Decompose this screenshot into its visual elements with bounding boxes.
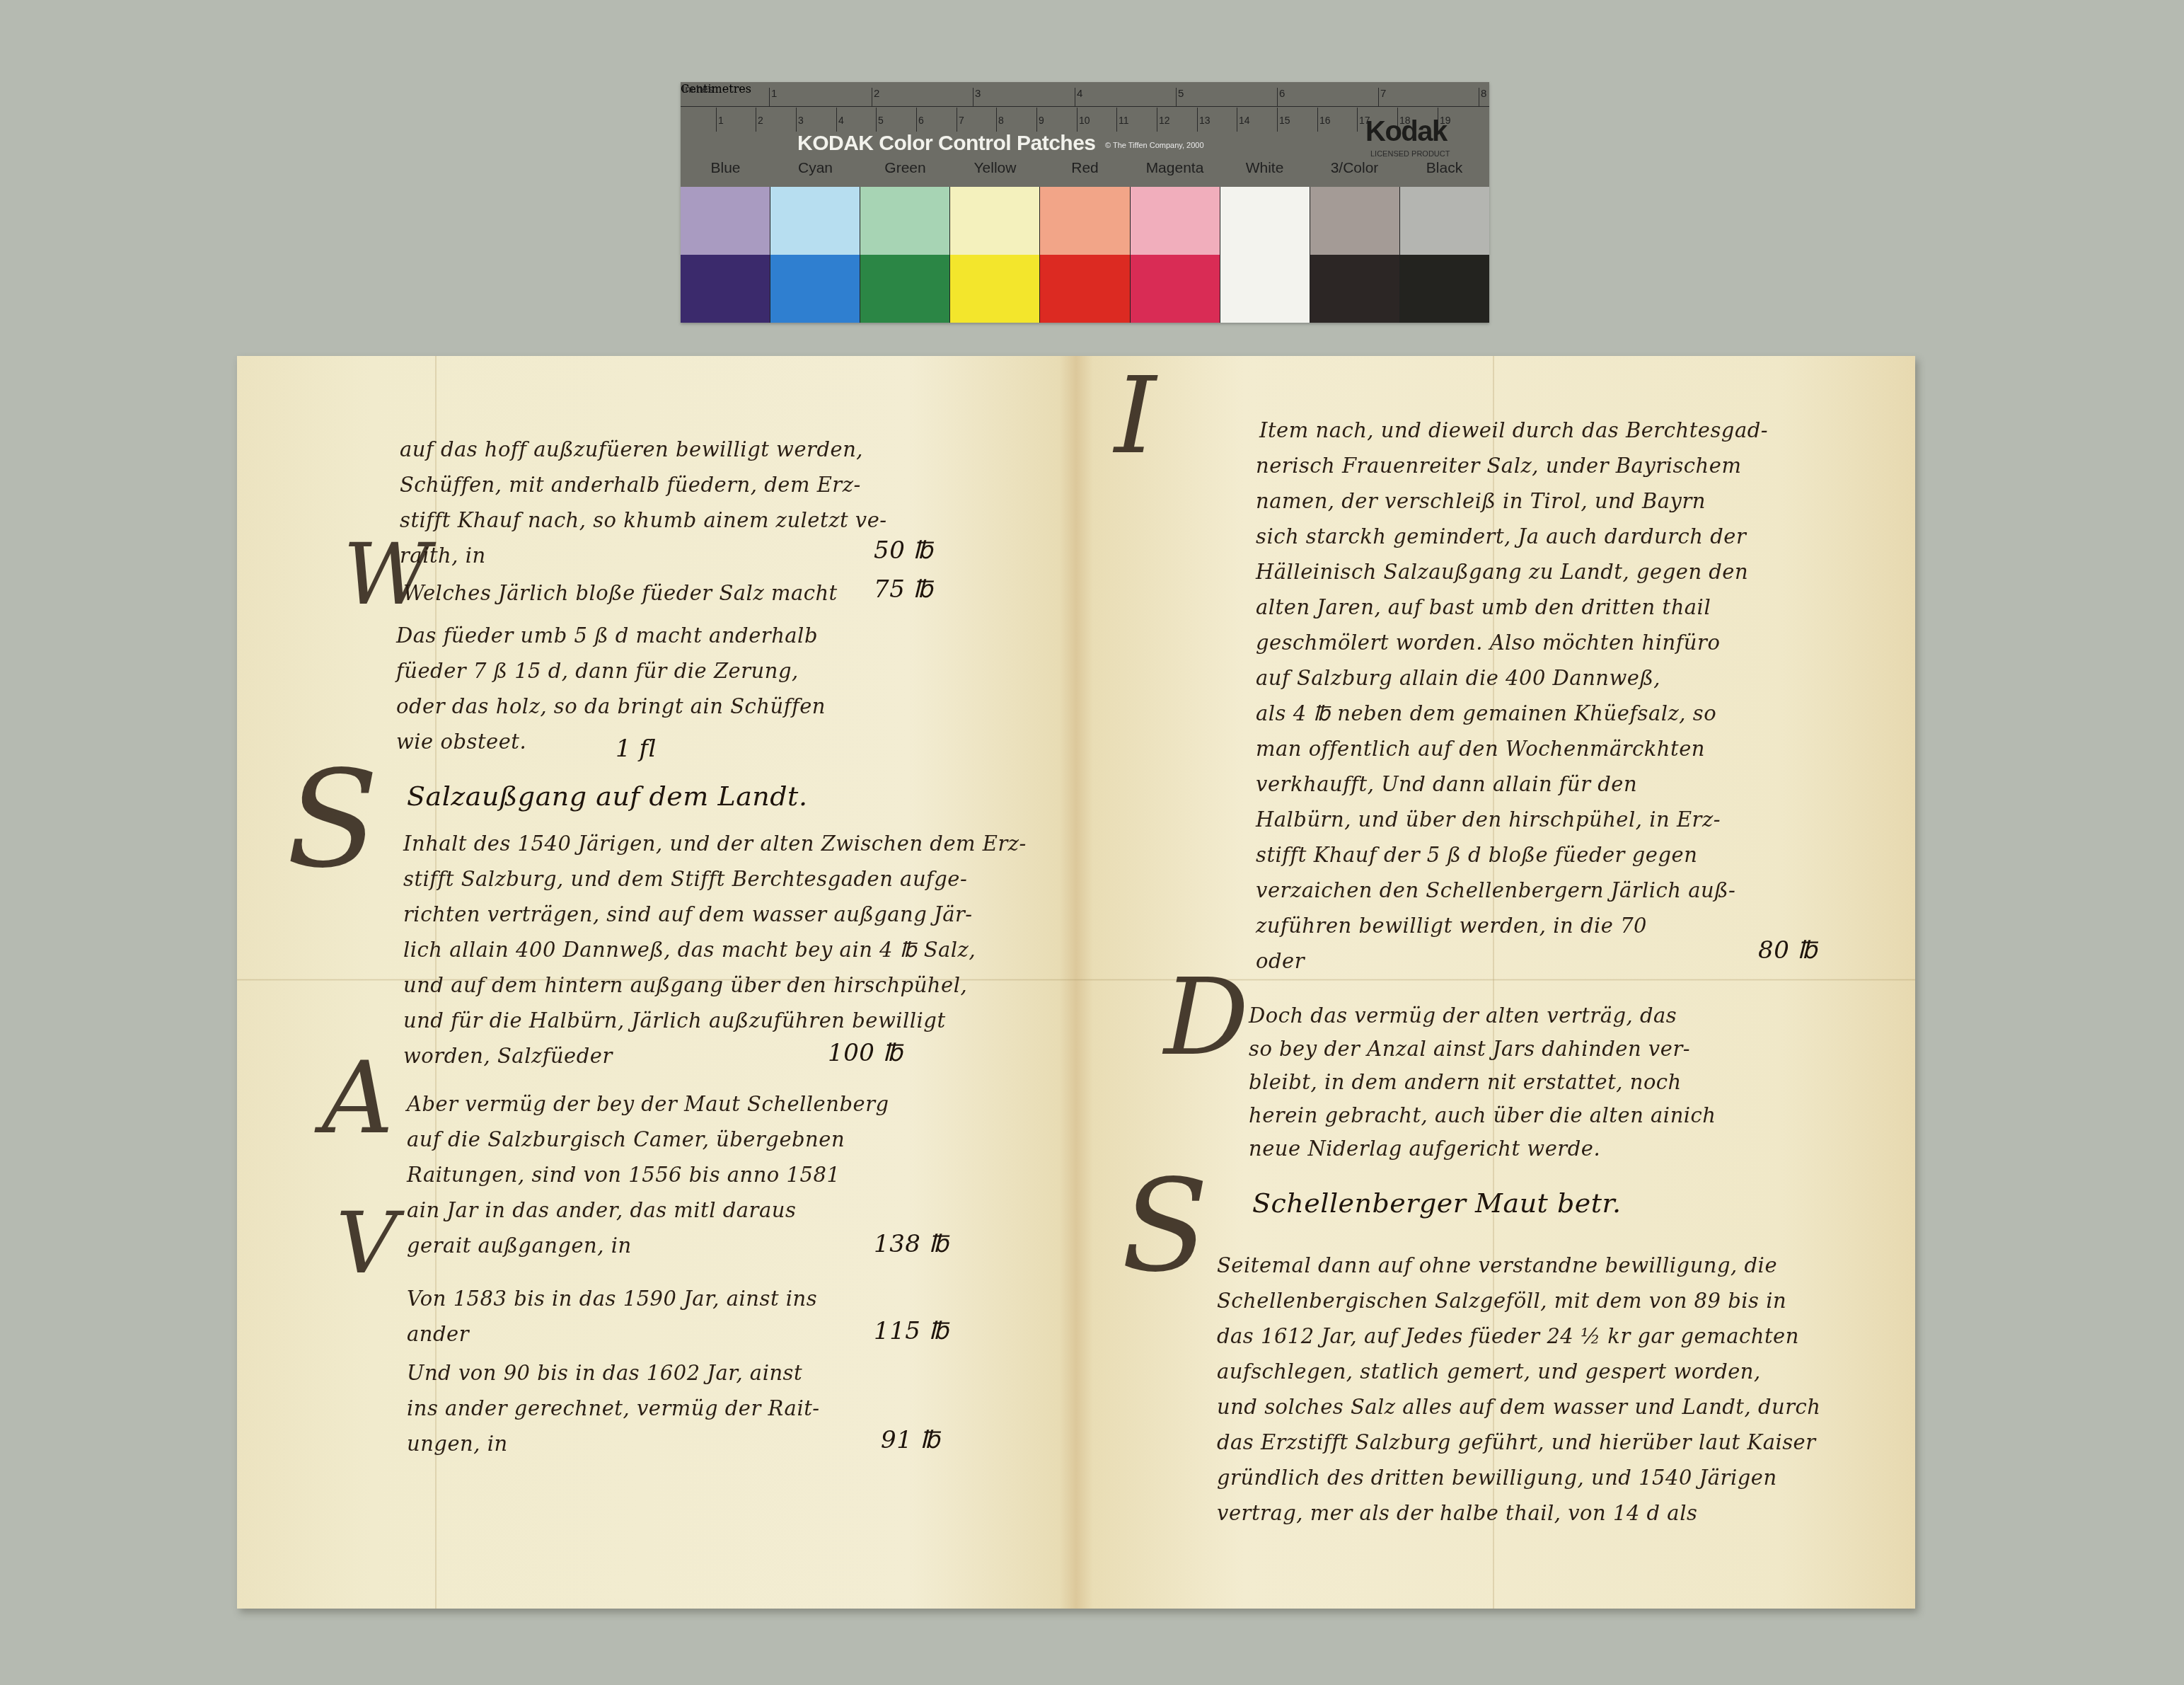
text-line: so bey der Anzal ainst Jars dahinden ver… [1249,1037,1690,1061]
right-page: I Item nach, und dieweil durch das Berch… [1079,356,1915,1609]
patch-green [860,187,950,323]
cm-tick: 5 [876,108,884,132]
text-line: oder [1256,949,1305,973]
text-line: neue Niderlag aufgericht werde. [1249,1137,1600,1161]
patch-label: Black [1399,160,1489,188]
text-line: herein gebracht, auch über die alten ain… [1249,1103,1716,1127]
decorated-initial-i: I [1114,363,1156,469]
left-page: auf das hoff außzufüeren bewilligt werde… [237,356,1079,1609]
patch-label: Cyan [770,160,860,188]
text-line: auf Salzburg allain die 400 Dannweß, [1256,666,1660,690]
kodak-color-control-card: Inches 1 2 3 4 5 6 7 8 1 2 3 4 5 6 7 8 9… [681,82,1489,323]
decorated-initial-s: S [287,752,379,887]
patch-label: Green [860,160,950,188]
copyright-notice: © The Tiffen Company, 2000 [1105,142,1204,150]
licensed-product-label: LICENSED PRODUCT [1370,150,1450,159]
cm-tick: 1 [716,108,724,132]
cm-tick: 8 [996,108,1004,132]
text-line: gerait außgangen, in [407,1233,632,1258]
text-line: Aber vermüg der bey der Maut Schellenber… [407,1092,889,1116]
inch-tick: 7 [1378,88,1386,106]
text-line: nerisch Frauenreiter Salz, under Bayrisc… [1256,454,1741,478]
decorated-initial-a: A [322,1049,393,1149]
text-line: und für die Halbürn, Järlich außzuführen… [403,1008,946,1033]
text-line: ain Jar in das ander, das mitl daraus [407,1198,796,1222]
patch-label: Yellow [950,160,1040,188]
text-line: als 4 ℔ neben dem gemainen Khüefsalz, so [1256,701,1716,725]
target-title: KODAK Color Control Patches [797,132,1096,156]
text-line: vertrag, mer als der halbe thail, von 14… [1217,1501,1697,1525]
text-line: das 1612 Jar, auf Jedes füeder 24 ½ kr g… [1217,1324,1799,1348]
inch-tick: 3 [973,88,981,106]
text-line: füeder 7 ß 15 d, dann für die Zerung, [396,659,799,683]
patch-3color [1310,187,1400,323]
patch-black [1400,187,1489,323]
text-line: auf das hoff außzufüeren bewilligt werde… [400,437,863,461]
decorated-initial-d: D [1164,965,1249,1071]
amount: 80 ℔ [1758,936,1818,965]
cm-tick: 3 [796,108,804,132]
inch-tick: 6 [1277,88,1285,106]
decorated-initial-s: S [1121,1163,1208,1290]
text-line: Hälleinisch Salzaußgang zu Landt, gegen … [1256,560,1748,584]
decorated-initial-w: W [343,533,430,618]
text-line: Item nach, und dieweil durch das Berchte… [1259,418,1768,442]
patch-label: Red [1040,160,1130,188]
cm-tick: 16 [1317,108,1331,132]
text-line: wie obsteet. [396,730,526,754]
text-line: Schüffen, mit anderhalb füedern, dem Erz… [400,473,861,497]
decorated-initial-v: V [336,1202,398,1287]
text-line: das Erzstifft Salzburg geführt, und hier… [1217,1430,1816,1454]
text-line: Inhalt des 1540 Järigen, und der alten Z… [403,832,1027,856]
cm-tick: 7 [957,108,964,132]
text-line: geschmölert worden. Also möchten hinfüro [1256,631,1720,655]
section-heading: Schellenberger Maut betr. [1252,1187,1622,1219]
patch-labels: Blue Cyan Green Yellow Red Magenta White… [681,160,1489,188]
section-heading: Salzaußgang auf dem Landt. [407,781,807,812]
text-line: oder das holz, so da bringt ain Schüffen [396,694,826,718]
text-line: stifft Salzburg, und dem Stifft Berchtes… [403,867,967,891]
amount: 91 ℔ [881,1426,940,1454]
text-line: worden, Salzfüeder [403,1044,613,1068]
patch-label: Blue [681,160,770,188]
text-line: Seitemal dann auf ohne verstandne bewill… [1217,1253,1777,1277]
inch-scale: Inches 1 2 3 4 5 6 7 8 [681,82,1489,107]
text-line: namen, der verschleiß in Tirol, und Bayr… [1256,489,1706,513]
cm-tick: 15 [1277,108,1290,132]
patch-magenta [1131,187,1220,323]
amount: 100 ℔ [828,1039,903,1067]
text-line: bleibt, in dem andern nit erstattet, noc… [1249,1070,1682,1094]
text-line: man offentlich auf den Wochenmärckhten [1256,737,1705,761]
cm-tick: 12 [1157,108,1170,132]
text-line: sich starckh gemindert, Ja auch dardurch… [1256,524,1746,548]
amount-note: 1 fl [616,735,657,763]
text-line: lich allain 400 Dannweß, das macht bey a… [403,938,976,962]
cm-tick: 14 [1237,108,1250,132]
color-patches [681,187,1489,323]
text-line: aufschlegen, statlich gemert, und gesper… [1217,1359,1761,1384]
inch-tick: 5 [1176,88,1184,106]
text-line: stifft Khauf nach, so khumb ainem zuletz… [400,508,887,532]
kodak-logo: Kodak [1365,116,1447,148]
text-line: Welches Järlich bloße füeder Salz macht [403,581,838,605]
cm-tick: 10 [1077,108,1090,132]
text-line: Raitungen, sind von 1556 bis anno 1581 [407,1163,840,1187]
amount: 115 ℔ [874,1317,949,1345]
amount: 50 ℔ [874,536,933,565]
patch-label: 3/Color [1310,160,1399,188]
text-line: und solches Salz alles auf dem wasser un… [1217,1395,1821,1419]
text-line: stifft Khauf der 5 ß d bloße füeder gege… [1256,843,1697,867]
text-line: verzaichen den Schellenbergern Järlich a… [1256,878,1735,902]
inch-tick: 1 [769,88,777,106]
text-line: verkhaufft, Und dann allain für den [1256,772,1637,796]
text-line: Das füeder umb 5 ß d macht anderhalb [396,623,818,648]
patch-label: Magenta [1130,160,1220,188]
text-line: zuführen bewilligt werden, in die 70 [1256,914,1647,938]
patch-blue [681,187,770,323]
patch-label: White [1220,160,1310,188]
inch-tick: 2 [872,88,879,106]
text-line: ins ander gerechnet, vermüg der Rait- [407,1396,820,1420]
cm-tick: 4 [836,108,844,132]
text-line: Und von 90 bis in das 1602 Jar, ainst [407,1361,802,1385]
patch-red [1040,187,1130,323]
text-line: alten Jaren, auf bast umb den dritten th… [1256,595,1711,619]
patch-yellow [950,187,1040,323]
inch-tick: 8 [1479,88,1486,106]
patch-cyan [770,187,860,323]
text-line: richten verträgen, sind auf dem wasser a… [403,902,973,926]
text-line: auf die Salzburgisch Camer, übergebnen [407,1127,845,1151]
text-line: ungen, in [407,1432,508,1456]
text-line: Schellenbergischen Salzgeföll, mit dem v… [1217,1289,1786,1313]
cm-tick: 6 [916,108,924,132]
inch-tick: 4 [1075,88,1082,106]
text-line: Doch das vermüg der alten verträg, das [1249,1003,1677,1028]
amount: 75 ℔ [874,575,933,604]
text-line: Von 1583 bis in das 1590 Jar, ainst ins [407,1287,817,1311]
cm-tick: 11 [1116,108,1129,132]
text-line: ander [407,1322,469,1346]
patch-white [1220,187,1310,323]
text-line: Halbürn, und über den hirschpühel, in Er… [1256,807,1721,832]
cm-tick: 13 [1197,108,1211,132]
manuscript-sheet: auf das hoff außzufüeren bewilligt werde… [237,356,1915,1609]
text-line: und auf dem hintern außgang über den hir… [403,973,967,997]
cm-tick: 9 [1036,108,1044,132]
text-line: gründlich des dritten bewilligung, und 1… [1217,1466,1777,1490]
cm-tick: 2 [756,108,763,132]
amount: 138 ℔ [874,1230,949,1258]
inches-label: Inches [681,84,713,102]
